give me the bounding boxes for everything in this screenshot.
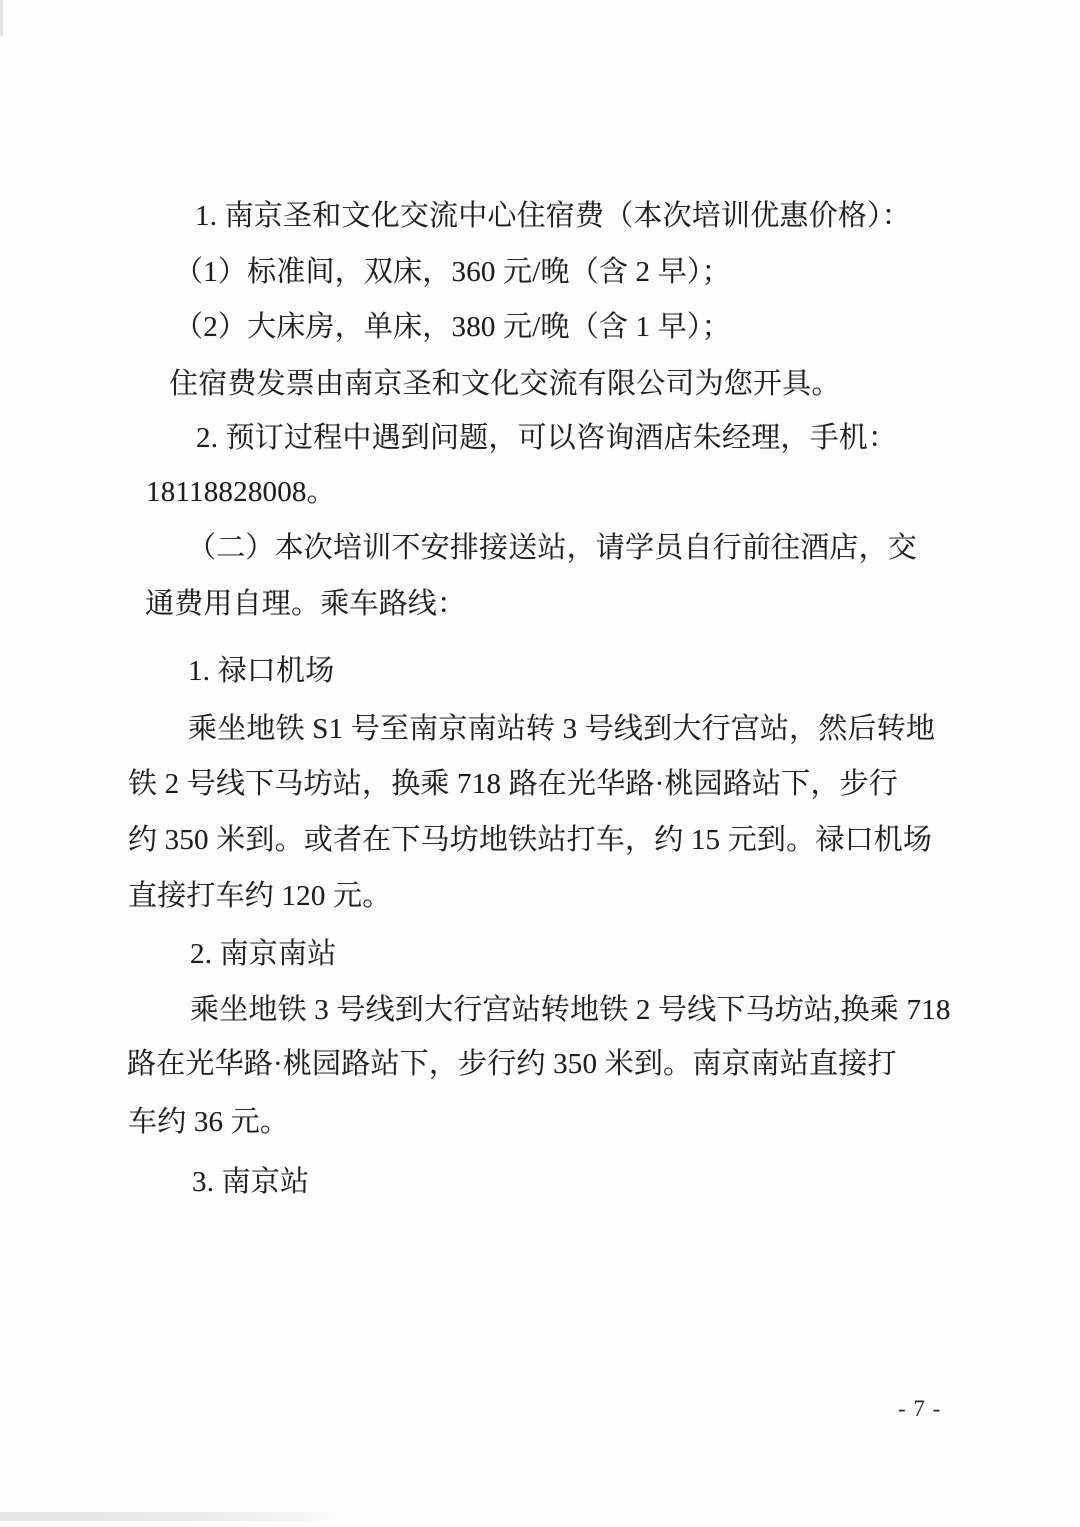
scan-edge-artifact [0, 0, 3, 36]
text-line: 2. 预订过程中遇到问题，可以咨询酒店朱经理，手机： [196, 420, 897, 456]
page-number: - 7 - [898, 1396, 941, 1422]
text-line: 直接打车约 120 元。 [128, 878, 391, 914]
text-line: 住宿费发票由南京圣和文化交流有限公司为您开具。 [169, 366, 841, 402]
text-line: 1. 禄口机场 [188, 653, 334, 689]
text-line: （2）大床房，单床，380 元/晚（含 1 早）； [174, 309, 731, 345]
text-line: 乘坐地铁 S1 号至南京南站转 3 号线到大行宫站，然后转地 [188, 711, 935, 747]
text-line: 路在光华路·桃园路站下，步行约 350 米到。南京南站直接打 [127, 1046, 897, 1082]
text-line: 3. 南京站 [192, 1164, 309, 1200]
scan-smudge-artifact [0, 1512, 340, 1521]
text-line: 铁 2 号线下马坊站，换乘 718 路在光华路·桃园路站下，步行 [128, 766, 898, 802]
text-line: 18118828008。 [146, 474, 336, 510]
text-line: 车约 36 元。 [128, 1104, 289, 1140]
text-line: 2. 南京南站 [190, 936, 336, 972]
text-line: 1. 南京圣和文化交流中心住宿费（本次培训优惠价格）： [195, 198, 911, 234]
document-page: 1. 南京圣和文化交流中心住宿费（本次培训优惠价格）： （1）标准间，双床，36… [0, 0, 1080, 1527]
text-line: （1）标准间，双床，360 元/晚（含 2 早）； [174, 254, 731, 290]
text-line: （二）本次培训不安排接送站，请学员自行前往酒店，交 [187, 530, 917, 566]
text-line: 乘坐地铁 3 号线到大行宫站转地铁 2 号线下马坊站,换乘 718 [190, 992, 951, 1028]
text-line: 通费用自理。乘车路线： [145, 586, 466, 622]
text-line: 约 350 米到。或者在下马坊地铁站打车，约 15 元到。禄口机场 [128, 822, 932, 858]
